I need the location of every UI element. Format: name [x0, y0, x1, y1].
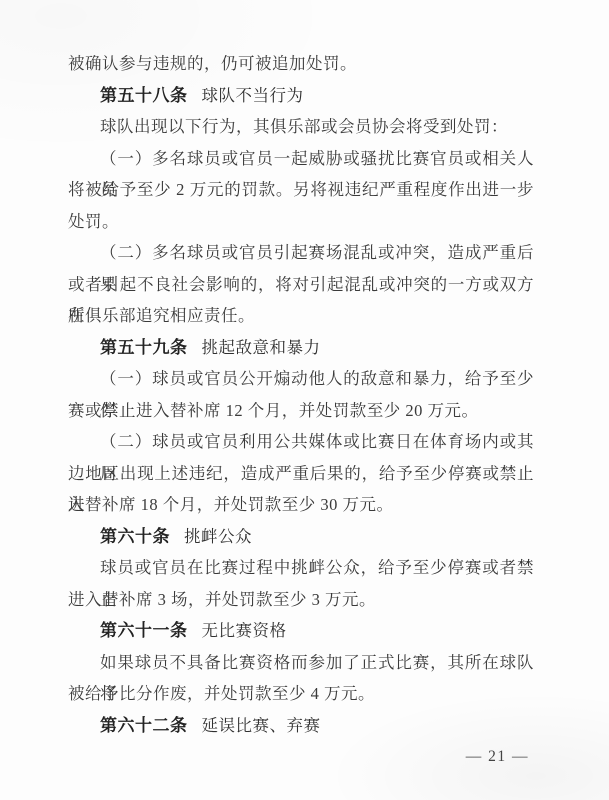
text-line: （二）多名球员或官员引起赛场混乱或冲突，造成严重后果 — [68, 237, 534, 269]
article-title: 挑起敌意和暴力 — [202, 338, 321, 357]
text-line: 处罚。 — [68, 206, 534, 238]
text-line: 赛或禁止进入替补席 12 个月，并处罚款至少 20 万元。 — [68, 395, 534, 427]
article-number: 第六十二条 — [100, 716, 188, 735]
text-line: 被确认参与违规的，仍可被追加处罚。 — [68, 48, 534, 80]
article-number: 第六十一条 — [100, 621, 188, 640]
page-number: — 21 — — [68, 741, 534, 773]
text-line: 被给予比分作废，并处罚款至少 4 万元。 — [68, 678, 534, 710]
text-line: 在俱乐部追究相应责任。 — [68, 300, 534, 332]
text-line: 入替补席 18 个月，并处罚款至少 30 万元。 — [68, 489, 534, 521]
document-text-column: 被确认参与违规的，仍可被追加处罚。 第五十八条球队不当行为 球队出现以下行为，其… — [68, 48, 534, 773]
text-line: 球员或官员在比赛过程中挑衅公众，给予至少停赛或者禁止 — [68, 552, 534, 584]
article-heading-59: 第五十九条挑起敌意和暴力 — [68, 332, 534, 364]
article-number: 第六十条 — [100, 527, 170, 546]
article-heading-62: 第六十二条延误比赛、弃赛 — [68, 710, 534, 742]
text-line: 或者引起不良社会影响的，将对引起混乱或冲突的一方或双方所 — [68, 269, 534, 301]
text-line: （一）球员或官员公开煽动他人的敌意和暴力，给予至少停 — [68, 363, 534, 395]
text-line: 将被给予至少 2 万元的罚款。另将视违纪严重程度作出进一步 — [68, 174, 534, 206]
text-line: 进入替补席 3 场，并处罚款至少 3 万元。 — [68, 584, 534, 616]
article-title: 球队不当行为 — [202, 86, 304, 105]
article-heading-58: 第五十八条球队不当行为 — [68, 80, 534, 112]
article-title: 挑衅公众 — [184, 527, 252, 546]
text-line: 球队出现以下行为，其俱乐部或会员协会将受到处罚： — [68, 111, 534, 143]
article-number: 第五十八条 — [100, 86, 188, 105]
text-line: （二）球员或官员利用公共媒体或比赛日在体育场内或其周 — [68, 426, 534, 458]
text-line: （一）多名球员或官员一起威胁或骚扰比赛官员或相关人员 — [68, 143, 534, 175]
article-title: 延误比赛、弃赛 — [202, 716, 321, 735]
article-heading-60: 第六十条挑衅公众 — [68, 521, 534, 553]
article-heading-61: 第六十一条无比赛资格 — [68, 615, 534, 647]
article-number: 第五十九条 — [100, 338, 188, 357]
article-title: 无比赛资格 — [202, 621, 287, 640]
text-line: 如果球员不具备比赛资格而参加了正式比赛，其所在球队将 — [68, 647, 534, 679]
text-line: 边地区出现上述违纪，造成严重后果的，给予至少停赛或禁止进 — [68, 458, 534, 490]
